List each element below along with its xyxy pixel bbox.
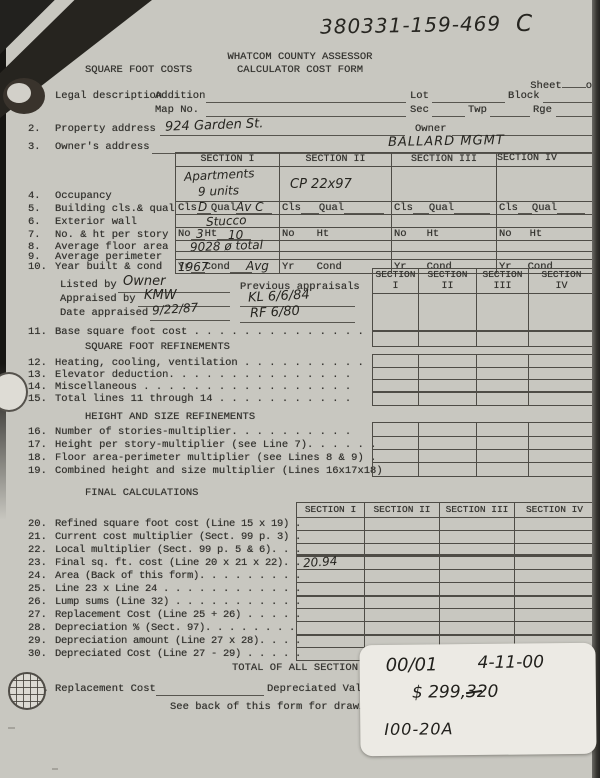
line21-label: Current cost multiplier (Sect. 99 p. 3) …: [55, 531, 301, 543]
line26-number: 26.: [28, 596, 47, 608]
line12-number: 12.: [28, 357, 47, 369]
line20-label: Refined square foot cost (Line 15 x 19) …: [55, 518, 301, 530]
line27-s1-cell: [297, 608, 364, 621]
exterior-s2-cell: [279, 214, 391, 227]
line16-label: Number of stories-multiplier. . . . . . …: [55, 426, 351, 438]
line26-s1-cell: [297, 595, 364, 608]
row10-label: Year built & cond: [55, 261, 162, 273]
year-value-handwritten: 1967: [178, 260, 209, 274]
grid-cell: [439, 595, 514, 608]
grid-cell: [364, 595, 439, 608]
form-title-line2: CALCULATOR COST FORM: [205, 64, 395, 76]
blank-line: [518, 202, 532, 214]
line27-label: Replacement Cost (Line 25 + 26) . . . . …: [55, 609, 301, 621]
occupancy-s2-cell: CP 22x97: [279, 166, 391, 201]
grid-cell: [439, 517, 514, 530]
line17-label: Height per story-multiplier (see Line 7)…: [55, 439, 376, 451]
ht-label: Ht: [427, 228, 440, 240]
blank-line: [301, 202, 319, 214]
listed-by-label: Listed by: [60, 279, 117, 291]
appraised-by-label: Appraised by: [60, 293, 136, 305]
height-size-heading: HEIGHT AND SIZE REFINEMENTS: [85, 411, 255, 423]
no-label: No: [499, 228, 512, 240]
line14-label: Miscellaneous . . . . . . . . . . . . . …: [55, 381, 351, 393]
qual-label: Qual: [319, 202, 344, 214]
line11-grid: [372, 330, 595, 347]
cls-label: Cls: [499, 202, 518, 214]
line23-s1-cell: 20.94: [297, 556, 364, 569]
blank-line: [413, 202, 429, 214]
line26-label: Lump sums (Line 32) . . . . . . . . . . …: [55, 596, 301, 608]
line21-s1-cell: [297, 530, 364, 543]
cls-label: Cls: [282, 202, 301, 214]
grid-cell: [514, 608, 594, 621]
final-section-4-header: SECTION IV: [514, 503, 594, 517]
grid-cell: [439, 582, 514, 595]
mini-empty-cell: [418, 293, 476, 331]
section-4-header: SECTION IV: [496, 153, 594, 166]
property-address-handwritten: 924 Garden St.: [165, 116, 264, 134]
hole-punch-bottom: [8, 672, 46, 710]
grid-cell: [528, 355, 594, 367]
grid-cell: [373, 423, 418, 436]
line17-number: 17.: [28, 439, 47, 451]
blank-line: [562, 76, 586, 88]
grid-cell: [439, 621, 514, 634]
grid-cell: [476, 367, 528, 379]
grid-cell: [528, 391, 594, 405]
line23-number: 23.: [28, 557, 47, 569]
floor-area-s1-cell: 9028 ø total: [176, 240, 279, 251]
row5-number: 5.: [28, 203, 41, 215]
blank-line: [556, 115, 593, 117]
note-code-handwritten: I00-20A: [384, 719, 453, 739]
cond-value-handwritten: Avg: [246, 259, 269, 273]
grid-cell: [476, 436, 528, 449]
line12-label: Heating, cooling, ventilation . . . . . …: [55, 357, 364, 369]
blank-line: [557, 202, 585, 214]
grid-cell: [364, 543, 439, 556]
grid-cell: [439, 530, 514, 543]
mini-empty-cell: [476, 293, 528, 331]
row6-label: Exterior wall: [55, 216, 137, 228]
grid-cell: [418, 391, 476, 405]
stories-s2-cell: No Ht: [279, 227, 391, 240]
previous-appraisal-2-handwritten: RF 6/80: [250, 304, 301, 322]
floor-area-s3-cell: [391, 240, 496, 251]
grid-cell: [418, 462, 476, 476]
line22-label: Local multiplier (Sect. 99 p. 5 & 6). . …: [55, 544, 301, 556]
class-letter-handwritten: C: [516, 11, 532, 37]
occupancy-s1-line2: 9 units: [198, 183, 239, 198]
mini-section-1: I: [373, 281, 418, 293]
sec-label: Sec: [410, 104, 429, 116]
ht-label: Ht: [530, 228, 543, 240]
floor-area-s4-cell: [496, 240, 594, 251]
no-label: No: [394, 228, 407, 240]
line20-s1-cell: [297, 517, 364, 530]
final-section-3-header: SECTION III: [439, 503, 514, 517]
year-cond-s1-cell: Yr Cond 1967 Avg: [176, 259, 279, 273]
grid-cell: [373, 391, 418, 405]
grid-cell: [439, 569, 514, 582]
mini-section-label: SECTION: [476, 269, 528, 281]
appraised-by-handwritten: KMW: [144, 288, 177, 303]
blank-line: [156, 694, 264, 696]
qual-label: Qual: [532, 202, 557, 214]
occupancy-s3-cell: [391, 166, 496, 201]
row6-number: 6.: [28, 216, 41, 228]
line11-number: 11.: [28, 326, 47, 338]
line20-number: 20.: [28, 518, 47, 530]
qual-label: Qual: [429, 202, 454, 214]
no-label: No: [282, 228, 295, 240]
line3-label: Owner's address: [55, 141, 150, 153]
grid-cell: [364, 530, 439, 543]
cls-qual-s2-cell: Cls Qual: [279, 201, 391, 214]
perimeter-s2-cell: [279, 251, 391, 259]
no-label: No: [178, 228, 191, 240]
previous-appraisal-1-handwritten: KL 6/6/84: [248, 287, 310, 305]
row4-label: Occupancy: [55, 190, 112, 202]
line11-s3-cell: [476, 331, 528, 346]
floor-area-s2-cell: [279, 240, 391, 251]
blank-line: [206, 101, 406, 103]
mini-section-label: SECTION: [528, 269, 594, 281]
grid-cell: [364, 569, 439, 582]
grid-cell: [439, 556, 514, 569]
line18-label: Floor area-perimeter multiplier (see Lin…: [55, 452, 376, 464]
line13-label: Elevator deduction. . . . . . . . . . . …: [55, 369, 351, 381]
owner-name-handwritten: BALLARD MGMT: [388, 133, 505, 150]
grid-cell: [514, 530, 594, 543]
cls-label: Cls: [178, 202, 197, 214]
line25-label: Line 23 x Line 24 . . . . . . . . . . . …: [55, 583, 301, 595]
line28-number: 28.: [28, 622, 47, 634]
line13-number: 13.: [28, 369, 47, 381]
blank-line: [454, 202, 490, 214]
line28-label: Depreciation % (Sect. 97). . . . . . . .: [55, 622, 295, 634]
perimeter-s4-cell: [496, 251, 594, 259]
note-period-handwritten: 00/01: [386, 654, 438, 676]
blank-line: [160, 134, 405, 136]
addition-label: Addition: [155, 90, 205, 102]
scanned-assessor-form: 380331-159-469 C SQUARE FOOT COSTS WHATC…: [0, 0, 600, 778]
line11-s2-cell: [418, 331, 476, 346]
line30-label: Depreciated Cost (Line 27 - 29) . . . . …: [55, 648, 301, 660]
lot-label: Lot: [410, 90, 429, 102]
grid-cell: [514, 556, 594, 569]
blank-line: [240, 321, 355, 323]
final-section-2-header: SECTION II: [364, 503, 439, 517]
note-date-handwritten: 4-11-00: [478, 652, 545, 673]
date-appraised-handwritten: 9/22/87: [152, 300, 199, 317]
lines12-15-grid: [372, 354, 595, 406]
final-calculations-heading: FINAL CALCULATIONS: [85, 487, 198, 499]
perimeter-s3-cell: [391, 251, 496, 259]
line27-number: 27.: [28, 609, 47, 621]
stories-s3-cell: No Ht: [391, 227, 496, 240]
blank-line: [543, 101, 593, 103]
form-title-line1: WHATCOM COUNTY ASSESSOR: [205, 51, 395, 63]
line31-replacement-label: Replacement Cost: [55, 683, 156, 695]
final-section-1-header: SECTION I: [297, 503, 364, 517]
grid-cell: [373, 436, 418, 449]
exterior-s1-cell: Stucco: [176, 214, 279, 227]
grid-cell: [439, 608, 514, 621]
line28-s1-cell: [297, 621, 364, 634]
line31-depreciated-label: Depreciated Value: [267, 683, 374, 695]
twp-label: Twp: [468, 104, 487, 116]
mini-empty-cell: [373, 293, 418, 331]
line23-label: Final sq. ft. cost (Line 20 x 21 x 22). …: [55, 557, 301, 569]
grid-cell: [418, 367, 476, 379]
map-no-label: Map No.: [155, 104, 199, 116]
grid-cell: [514, 543, 594, 556]
line15-label: Total lines 11 through 14 . . . . . . . …: [55, 393, 351, 405]
grid-cell: [528, 423, 594, 436]
grid-cell: [418, 436, 476, 449]
grid-cell: [364, 621, 439, 634]
mini-section-4: IV: [528, 281, 594, 293]
line2-label: Property address: [55, 123, 156, 135]
line25-s1-cell: [297, 582, 364, 595]
grid-cell: [514, 582, 594, 595]
perimeter-s1-cell: [176, 251, 279, 259]
line23-value-handwritten: 20.94: [303, 554, 338, 570]
previous-appraisals-table: SECTION SECTION SECTION SECTION I II III…: [372, 268, 595, 332]
section-3-header: SECTION III: [391, 153, 496, 166]
grid-cell: [528, 367, 594, 379]
line15-number: 15.: [28, 393, 47, 405]
section-1-header: SECTION I: [176, 153, 279, 166]
line3-number: 3.: [28, 141, 41, 153]
blank-line: [432, 115, 465, 117]
grid-cell: [364, 608, 439, 621]
scan-smudge: [52, 768, 58, 770]
grid-cell: [418, 355, 476, 367]
row5-label: Building cls.& qual: [55, 203, 175, 215]
occupancy-s1-cell: Apartments 9 units: [176, 166, 279, 201]
line24-label: Area (Back of this form). . . . . . . . …: [55, 570, 301, 582]
sqft-refinements-heading: SQUARE FOOT REFINEMENTS: [85, 341, 230, 353]
grid-cell: [373, 367, 418, 379]
listed-by-handwritten: Owner: [123, 274, 165, 289]
blank-line: [344, 202, 384, 214]
grid-cell: [528, 379, 594, 391]
row7-label: No. & ht per story: [55, 229, 168, 241]
line11-s4-cell: [528, 331, 594, 346]
qual-value-handwritten: Av C: [236, 200, 264, 214]
ht-label: Ht: [317, 228, 330, 240]
line19-number: 19.: [28, 465, 47, 477]
grid-cell: [364, 556, 439, 569]
grid-cell: [476, 391, 528, 405]
line29-s1-cell: [297, 634, 364, 647]
rge-label: Rge: [533, 104, 552, 116]
total-all-sections-label: TOTAL OF ALL SECTION: [232, 662, 358, 674]
grid-cell: [418, 449, 476, 462]
cls-qual-s1-cell: Cls Qual D Av C: [176, 201, 279, 214]
line16-number: 16.: [28, 426, 47, 438]
blank-line: [150, 319, 230, 321]
cond-label: Cond: [317, 261, 342, 273]
exterior-s4-cell: [496, 214, 594, 227]
date-appraised-label: Date appraised: [60, 307, 148, 319]
blank-line: [490, 115, 530, 117]
grid-cell: [476, 423, 528, 436]
qual-label: Qual: [211, 202, 236, 214]
ht-label: Ht: [205, 228, 218, 240]
grid-cell: [514, 569, 594, 582]
occupancy-s1-line1: Apartments: [184, 166, 255, 184]
line29-number: 29.: [28, 635, 47, 647]
see-back-note: See back of this form for drawi: [170, 701, 365, 713]
line11-label: Base square foot cost . . . . . . . . . …: [55, 326, 364, 338]
mini-section-label: SECTION: [373, 269, 418, 281]
line2-number: 2.: [28, 123, 41, 135]
cls-qual-s4-cell: Cls Qual: [496, 201, 594, 214]
grid-cell: [514, 517, 594, 530]
grid-cell: [373, 462, 418, 476]
line14-number: 14.: [28, 381, 47, 393]
row4-number: 4.: [28, 190, 41, 202]
grid-cell: [514, 595, 594, 608]
grid-cell: [514, 621, 594, 634]
line29-label: Depreciation amount (Line 27 x 28). . . …: [55, 635, 301, 647]
hole-punch-top: [3, 78, 45, 114]
section-2-header: SECTION II: [279, 153, 391, 166]
cls-qual-s3-cell: Cls Qual: [391, 201, 496, 214]
line25-number: 25.: [28, 583, 47, 595]
occupancy-s2-handwritten: CP 22x97: [290, 177, 352, 192]
blank-line: [432, 101, 505, 103]
line24-number: 24.: [28, 570, 47, 582]
block-label: Block: [508, 90, 540, 102]
stories-s4-cell: No Ht: [496, 227, 594, 240]
grid-cell: [439, 543, 514, 556]
grid-cell: [373, 379, 418, 391]
line22-number: 22.: [28, 544, 47, 556]
grid-cell: [528, 462, 594, 476]
cls-value-handwritten: D: [198, 200, 207, 214]
grid-cell: [476, 462, 528, 476]
mini-empty-cell: [528, 293, 594, 331]
sticky-note: 00/01 4-11-00 $ 299,320 I00-20A: [359, 643, 596, 756]
section-table: SECTION I SECTION II SECTION III SECTION…: [175, 152, 595, 274]
cls-label: Cls: [394, 202, 413, 214]
grid-cell: [476, 449, 528, 462]
final-calculations-table: SECTION I SECTION II SECTION III SECTION…: [296, 502, 595, 661]
parcel-number-handwritten: 380331-159-469: [320, 11, 502, 38]
occupancy-s4-cell: [496, 166, 594, 201]
row7-number: 7.: [28, 229, 41, 241]
grid-cell: [364, 582, 439, 595]
mini-section-2: II: [418, 281, 476, 293]
grid-cell: [373, 355, 418, 367]
note-amount-handwritten: $ 299,320: [412, 682, 499, 703]
grid-cell: [418, 423, 476, 436]
scan-smudge: [8, 727, 15, 729]
line30-s1-cell: [297, 647, 364, 660]
line30-number: 30.: [28, 648, 47, 660]
lines16-19-grid: [372, 422, 595, 477]
mini-section-label: SECTION: [418, 269, 476, 281]
grid-cell: [418, 379, 476, 391]
yr-label: Yr: [282, 261, 295, 273]
grid-cell: [373, 449, 418, 462]
line19-label: Combined height and size multiplier (Lin…: [55, 465, 383, 477]
grid-cell: [528, 449, 594, 462]
mini-section-3: III: [476, 281, 528, 293]
grid-cell: [364, 517, 439, 530]
grid-cell: [476, 379, 528, 391]
line21-number: 21.: [28, 531, 47, 543]
line11-s1-cell: [373, 331, 418, 346]
row10-number: 10.: [28, 261, 47, 273]
line24-s1-cell: [297, 569, 364, 582]
hole-punch-middle: [0, 372, 28, 412]
grid-cell: [476, 355, 528, 367]
line18-number: 18.: [28, 452, 47, 464]
grid-cell: [528, 436, 594, 449]
exterior-s3-cell: [391, 214, 496, 227]
